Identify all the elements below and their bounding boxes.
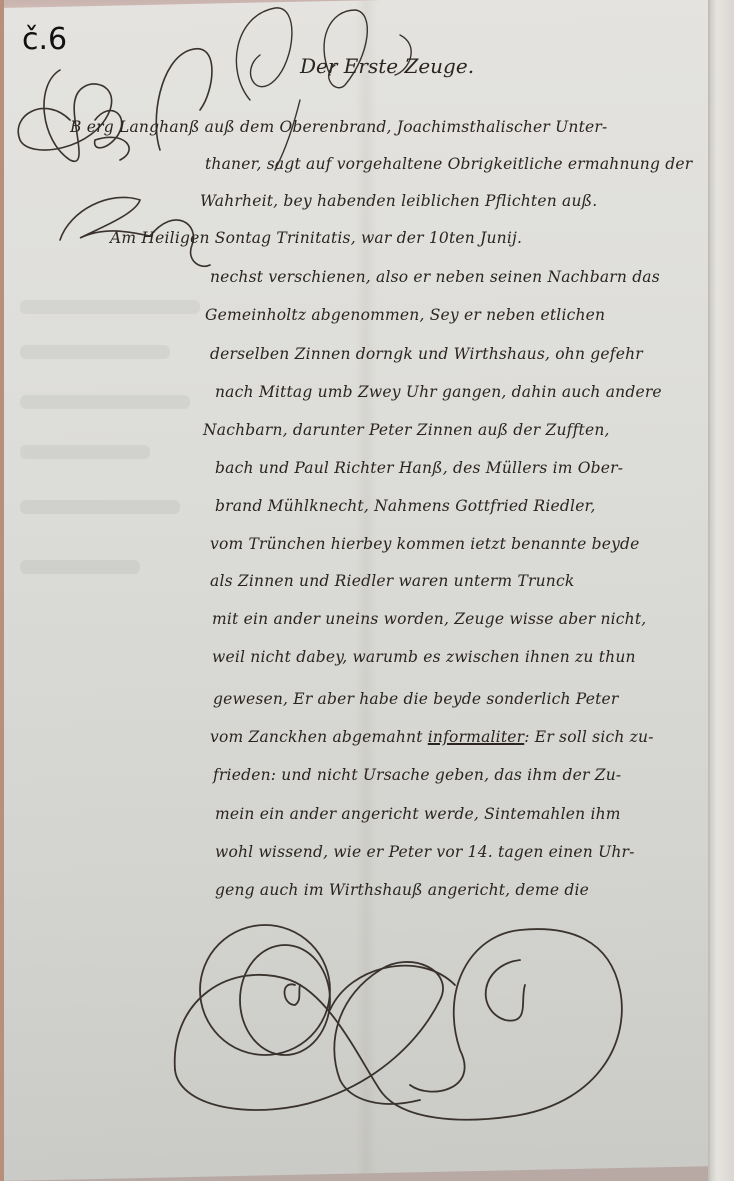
- manuscript-line: Gemeinholtz abgenommen, Sey er neben etl…: [205, 306, 605, 324]
- manuscript-line: mit ein ander uneins worden, Zeuge wisse…: [212, 610, 646, 628]
- initial-b-flourish-icon: [18, 49, 212, 162]
- manuscript-line: bach und Paul Richter Hanß, des Müllers …: [215, 459, 623, 477]
- document-heading: Der Erste Zeuge.: [300, 54, 474, 78]
- manuscript-line: Nachbarn, darunter Peter Zinnen auß der …: [203, 421, 610, 439]
- manuscript-line: mein ein ander angericht werde, Sintemah…: [215, 805, 621, 823]
- manuscript-line: derselben Zinnen dorngk und Wirthshaus, …: [210, 345, 643, 363]
- manuscript-line: als Zinnen und Riedler waren unterm Trun…: [210, 572, 574, 590]
- manuscript-line: weil nicht dabey, warumb es zwischen ihn…: [212, 648, 636, 666]
- calligraphic-flourishes: [0, 0, 734, 1181]
- manuscript-line: brand Mühlknecht, Nahmens Gottfried Ried…: [215, 497, 596, 515]
- closing-flourish-icon: [175, 925, 622, 1120]
- manuscript-line: frieden: und nicht Ursache geben, das ih…: [213, 766, 621, 784]
- emphasized-word: informaliter: [428, 728, 524, 746]
- manuscript-line: geng auch im Wirthshauß angericht, deme …: [215, 881, 589, 899]
- manuscript-line: thaner, sagt auf vorgehaltene Obrigkeitl…: [205, 155, 692, 173]
- manuscript-line: vom Trünchen hierbey kommen ietzt benann…: [210, 535, 640, 553]
- page-number-label: č.6: [22, 22, 67, 57]
- manuscript-line: nach Mittag umb Zwey Uhr gangen, dahin a…: [215, 383, 662, 401]
- manuscript-line: Am Heiligen Sontag Trinitatis, war der 1…: [110, 229, 522, 247]
- manuscript-line: vom Zanckhen abgemahnt informaliter: Er …: [210, 728, 654, 746]
- manuscript-line: gewesen, Er aber habe die beyde sonderli…: [213, 690, 619, 708]
- manuscript-line: B erg Langhanß auß dem Oberenbrand, Joac…: [70, 118, 607, 136]
- manuscript-line: wohl wissend, wie er Peter vor 14. tagen…: [215, 843, 635, 861]
- manuscript-line: nechst verschienen, also er neben seinen…: [210, 268, 660, 286]
- heading-flourish-icon: [236, 8, 411, 170]
- manuscript-line: Wahrheit, bey habenden leiblichen Pflich…: [200, 192, 597, 210]
